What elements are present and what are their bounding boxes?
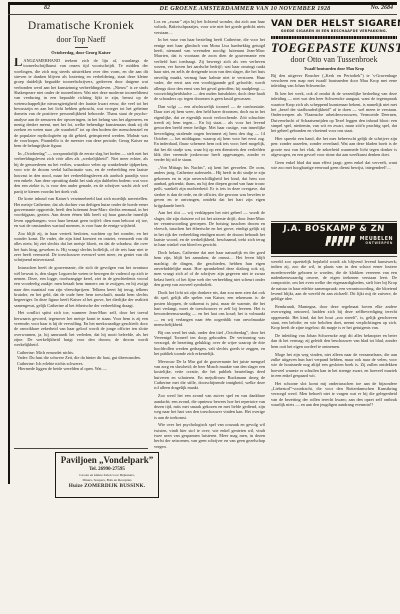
column-end-rule <box>14 448 148 449</box>
card-shape-icon <box>349 236 355 246</box>
column-left: Dramatische Kroniek door Top Naeff Octob… <box>14 20 148 446</box>
boskamp-ad-product-block: MEUBELEN ONTWERPEN <box>360 237 393 246</box>
column-right: VAN DER HELST SIGAREN GOEDE SIGAREN IN E… <box>271 19 397 435</box>
issue-number: No. 2684 <box>371 5 393 11</box>
body-paragraph: „Von Mittags bis Nachts”, zij kent het g… <box>154 165 265 208</box>
article-byline-top-naeff: door Top Naeff <box>14 35 148 44</box>
column-middle: Los en „zwaar” zijn bij het lichtend won… <box>154 19 265 483</box>
ad-top-rule <box>271 221 397 222</box>
body-paragraph: Ik ken het werk, ook al omdat ik de weze… <box>271 91 397 134</box>
body-paragraph: Zoo werd het een avond van zuiver spel e… <box>154 393 265 420</box>
body-paragraph: Dook het licht uit zijn donkere nis, dan… <box>154 290 265 327</box>
body-paragraph: Los en „zwaar” zijn bij het lichtend won… <box>154 19 265 35</box>
ornament-rule <box>271 36 397 39</box>
boskamp-furniture-ad: J.A. BOSKAMP & ZN MEUBELEN ONTWERPEN <box>271 223 397 254</box>
body-paragraph: Bij ons werd het stuk, onder den titel „… <box>154 330 265 357</box>
body-paragraph: Bij den uitgever Boucher („Kerk en Perio… <box>271 73 397 89</box>
boskamp-ad-row: MEUBELEN ONTWERPEN <box>275 236 393 246</box>
newspaper-page: 82 DE GROENE AMSTERDAMMER VAN 10 NOVEMBE… <box>0 0 400 614</box>
article-subtitle-octoberdag: Octoberdag, door Georg Kaiser <box>14 50 148 55</box>
body-paragraph: In „Octoberdag” — oorspronkelijk de eers… <box>14 151 148 194</box>
ad-bottom-rule <box>271 256 397 257</box>
body-paragraph: Dan volgt — een afschuwelijk tooneel — d… <box>154 104 265 163</box>
dialogue-line: Vader: Du hast die schwere Zeit, die du … <box>14 355 148 360</box>
page-number: 82 <box>44 5 50 11</box>
vondelpark-ad-line: Diners, Soupers, Bals en Recepties <box>56 478 158 482</box>
vondelpark-ad-phone: Tel. 26990-27595 <box>56 467 158 473</box>
article-subtitle-houtsneden: Twaalf houtsneden door Mau Krop <box>271 66 397 71</box>
body-paragraph: Intusschen heeft de gouvernante, die zic… <box>14 265 148 308</box>
cigar-ad-subtitle: GOEDE SIGAREN IN EEN BESCHAAFDE VERPAKKI… <box>271 29 397 34</box>
vondelpark-pavilion-ad: Paviljoen „Vondelpark” Tel. 26990-27595 … <box>55 452 159 498</box>
article-body-middle: Los en „zwaar” zijn bij het lichtend won… <box>154 19 265 483</box>
body-paragraph: Wie over het psychologisch spel van oorz… <box>154 422 265 449</box>
byline-rule <box>75 47 88 48</box>
article-body-right-top: Bij den uitgever Boucher („Kerk en Perio… <box>271 73 397 219</box>
card-shape-icon <box>337 236 343 246</box>
body-paragraph: LANGZAMERHAND teekent zich de lijn af, w… <box>14 58 148 149</box>
boskamp-ad-product-sub: ONTWERPEN <box>360 242 393 246</box>
vondelpark-ad-title: Paviljoen „Vondelpark” <box>56 455 158 466</box>
boskamp-ad-name: J.A. BOSKAMP & ZN <box>275 225 394 234</box>
body-paragraph: Hiermede liggen de beide werelden al ope… <box>14 366 148 371</box>
body-paragraph: De korte inhoud van Kaiser's verzinnebee… <box>14 196 148 228</box>
card-shape-icon <box>343 236 349 246</box>
falling-cards-motif <box>325 236 355 246</box>
card-shape-icon <box>325 236 331 246</box>
article-body-left: LANGZAMERHAND teekent zich de lijn af, w… <box>14 58 148 446</box>
body-paragraph: Geen enkel blad dat naar effect jaagt; g… <box>271 160 397 171</box>
body-paragraph: In het vuur van haar bezieling heeft Cat… <box>154 37 265 101</box>
article-title-dramatische-kroniek: Dramatische Kroniek <box>14 20 148 32</box>
body-paragraph: Het conflict spitst zich toe, wanneer Je… <box>14 310 148 347</box>
body-paragraph: Mevrouw De la Mar gaf de gouvernante het… <box>154 359 265 391</box>
drop-cap: L <box>14 58 23 68</box>
masthead-title: DE GROENE AMSTERDAMMER VAN 10 NOVEMBER 1… <box>145 5 345 12</box>
body-paragraph: Hier spreekt een hand, die het mes behee… <box>271 136 397 157</box>
body-paragraph: Zoo blijft zij, in haar vertrek besloten… <box>14 231 148 263</box>
paragraph-text: ANGZAMERHAND teekent zich de lijn af, wa… <box>14 58 148 149</box>
body-paragraph: Doch helaas, Catherine dat met haar natu… <box>154 250 265 287</box>
vondelpark-ad-footer: Huize ZOMERDIJK BUSSINK. <box>56 483 158 489</box>
article-body-right-bottom: wereld zoo opzettelijk bejubeld wordt al… <box>271 259 397 435</box>
vondelpark-ad-line: Groote en kleine Zalen voor Déjeuners, <box>56 473 158 477</box>
body-paragraph: Rembrandt, Mantegna, door deze regelmaat… <box>271 304 397 331</box>
article-byline-van-tussenbroek: door Otto van Tussenbroek <box>271 55 397 65</box>
body-paragraph: Aan het slot — wij verklappen het niet g… <box>154 210 265 247</box>
cigar-ad-title: VAN DER HELST SIGAREN <box>271 19 397 29</box>
body-paragraph: De inleiding van Johan Schwencke zegt di… <box>271 333 397 349</box>
body-paragraph: Het schoone slot komt mij ondertusschen … <box>271 381 397 408</box>
left-border-rule <box>8 2 10 484</box>
card-shape-icon <box>331 236 337 246</box>
header-divider-rule <box>8 14 397 15</box>
body-paragraph: Moge het zijn weg vinden, niet alleen na… <box>271 352 397 379</box>
article-title-toegepaste-kunst: TOEGEPASTE KUNST <box>271 42 397 55</box>
body-paragraph: wereld zoo opzettelijk bejubeld wordt al… <box>271 259 397 302</box>
